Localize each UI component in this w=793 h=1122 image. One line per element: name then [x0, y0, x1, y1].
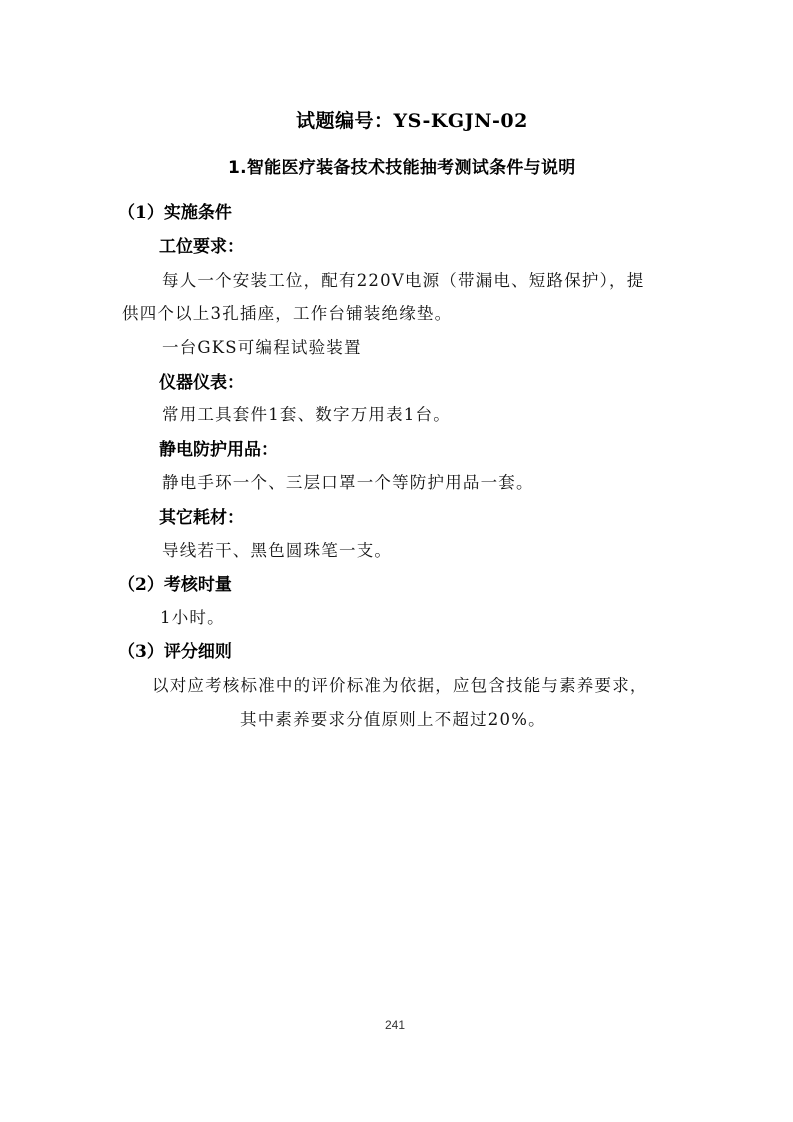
paragraph-line: 导线若干、黑色圆珠笔一支。 [162, 537, 392, 561]
paragraph-line: 每人一个安装工位，配有220V电源（带漏电、短路保护），提 [162, 267, 644, 291]
subheading-esd-protection: 静电防护用品： [159, 435, 278, 460]
paragraph-line: 一台GKS可编程试验装置 [162, 334, 362, 358]
paragraph-line: 其中素养要求分值原则上不超过20%。 [240, 706, 546, 730]
paragraph-line: 以对应考核标准中的评价标准为依据，应包含技能与素养要求， [152, 672, 648, 696]
paragraph-line: 常用工具套件1套、数字万用表1台。 [162, 401, 451, 425]
paragraph-line: 1小时。 [160, 604, 225, 628]
document-subtitle: 1.智能医疗装备技术技能抽考测试条件与说明 [228, 153, 576, 178]
section-heading-implementation-conditions: （1）实施条件 [118, 198, 232, 223]
paragraph-line: 供四个以上3孔插座，工作台铺装绝缘垫。 [122, 300, 452, 324]
subheading-workstation-requirements: 工位要求： [159, 232, 244, 257]
section-heading-exam-duration: （2）考核时量 [118, 570, 232, 595]
page-number: 241 [385, 1018, 405, 1032]
subheading-instruments: 仪器仪表： [159, 368, 244, 393]
paragraph-line: 静电手环一个、三层口罩一个等防护用品一套。 [162, 469, 534, 493]
subheading-other-consumables: 其它耗材： [159, 503, 244, 528]
section-heading-scoring-rules: （3）评分细则 [118, 637, 232, 662]
document-title: 试题编号：YS-KGJN-02 [296, 106, 528, 133]
